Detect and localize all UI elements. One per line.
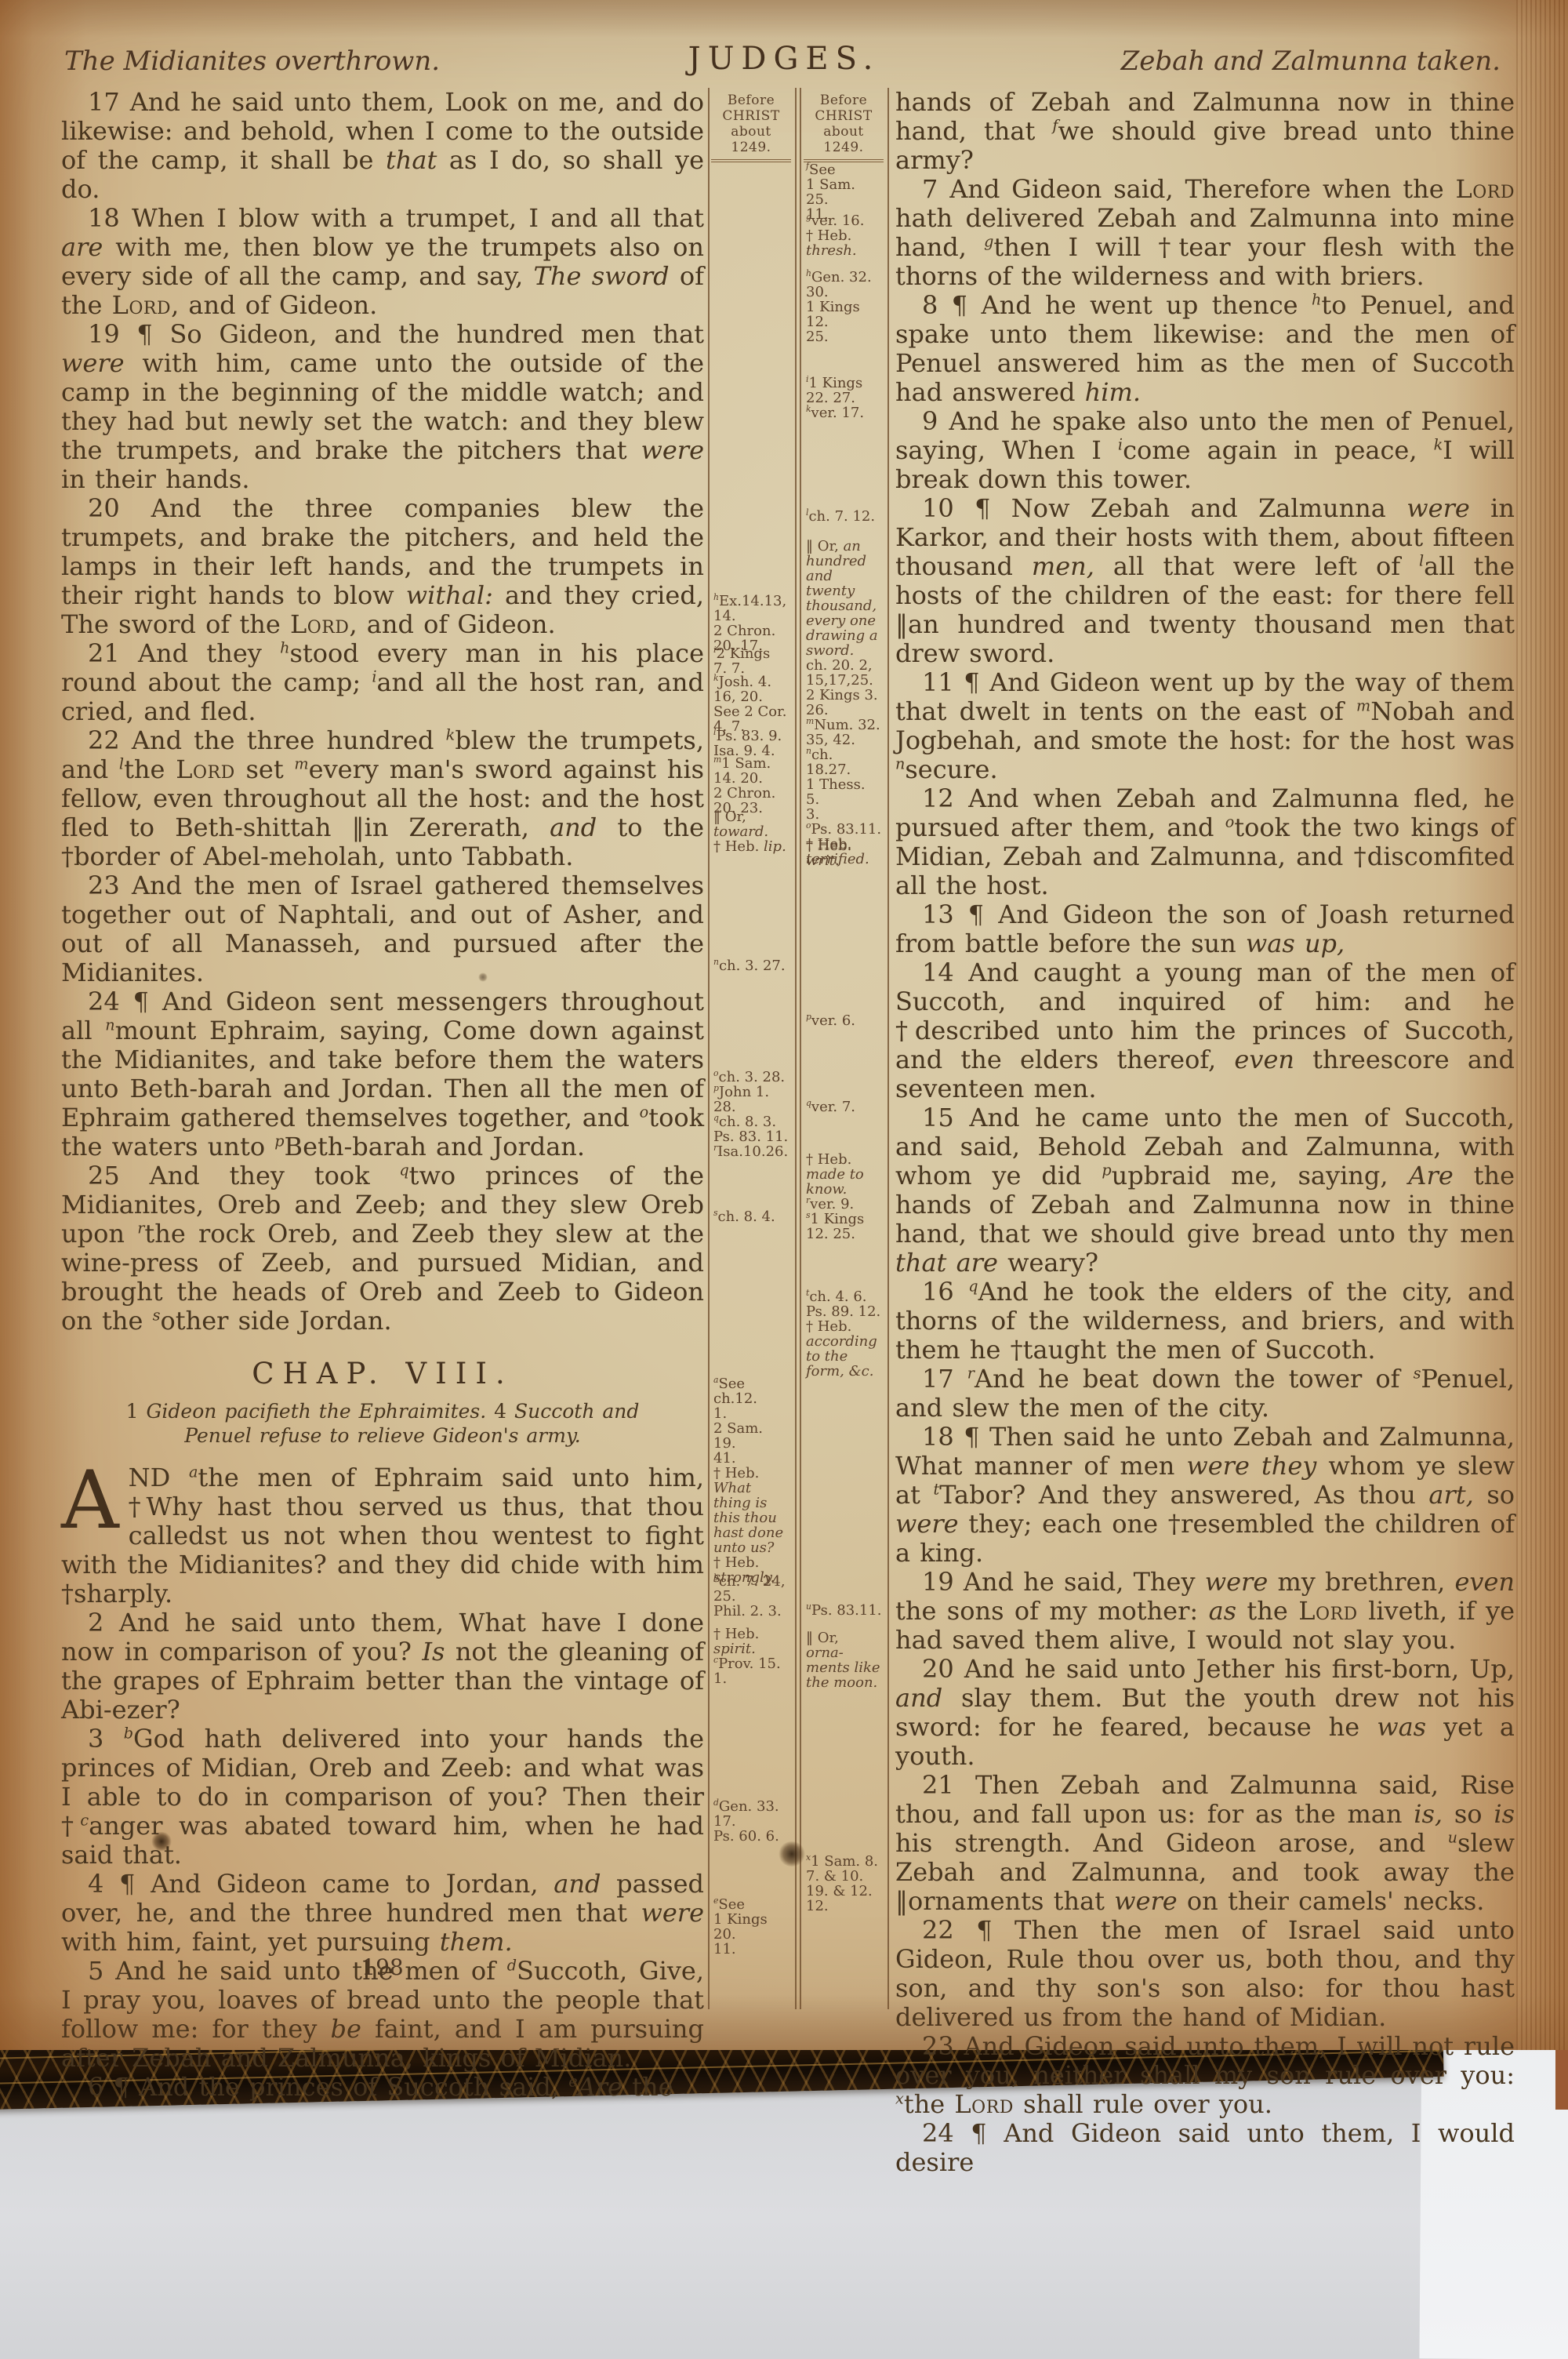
verse-8-20: 20 And he said unto Jether his first-bor… (895, 1655, 1515, 1771)
margin-reference: och. 3. 28.pJohn 1.28.qch. 8. 3.Ps. 83. … (713, 1070, 789, 1159)
verse-7-20: 20 And the three companies blew the trum… (61, 494, 704, 639)
margin-reference: nch. 3. 27. (713, 958, 789, 973)
column-rule-left (708, 88, 710, 2009)
page-fore-edge (1516, 0, 1568, 2050)
verse-7-25: 25 And they took qtwo princes of the Mid… (61, 1161, 704, 1336)
margin-reference: i2 Kings7. 7. (713, 646, 789, 676)
verse-8-7: 7 And Gideon said, Therefore when the Lo… (895, 175, 1515, 291)
verse-8-8: 8 ¶ And he went up thence hto Penuel, an… (895, 291, 1515, 407)
margin-reference: pver. 6. (806, 1013, 882, 1028)
verse-8-6b: hands of Zebah and Zalmunna now in thine… (895, 88, 1515, 175)
ink-stain (151, 1832, 172, 1851)
verse-8-22: 22 ¶ Then the men of Israel said unto Gi… (895, 1916, 1515, 2032)
margin-reference: sch. 8. 4. (713, 1209, 789, 1224)
right-reference-column: BeforeCHRISTabout 1249. fSee1 Sam. 25.11… (804, 88, 884, 2009)
margin-reference: † Heb.writ. (806, 838, 882, 868)
verse-8-21: 21 Then Zebah and Zalmunna said, Rise th… (895, 1771, 1515, 1916)
margin-reference: ‖ Or,toward.† Heb. lip. (713, 809, 789, 854)
scanned-bible-page-photo: The Midianites overthrown. JUDGES. Zebah… (0, 0, 1568, 2359)
page-number: 198 (61, 1954, 704, 1980)
margin-reference: lPs. 83. 9.Isa. 9. 4. (713, 729, 789, 758)
margin-reference: kJosh. 4.16, 20.See 2 Cor.4. 7. (713, 674, 789, 734)
verse-7-24: 24 ¶ And Gideon sent messengers througho… (61, 987, 704, 1161)
left-reference-column: BeforeCHRISTabout 1249. hEx.14.13,14.2 C… (711, 88, 791, 2009)
verse-8-17: 17 rAnd he beat down the tower of sPenue… (895, 1365, 1515, 1423)
verse-8-4: 4 ¶ And Gideon came to Jordan, and passe… (61, 1870, 704, 1957)
verse-8-2: 2 And he said unto them, What have I don… (61, 1608, 704, 1725)
column-rule-center-b (800, 88, 801, 2009)
margin-reference: i1 Kings22. 27.kver. 17. (806, 376, 882, 420)
margin-reference: hGen. 32.30.1 Kings 12.25. (806, 270, 882, 344)
margin-reference: qver. 7. (806, 1100, 882, 1114)
verse-8-9: 9 And he spake also unto the men of Penu… (895, 407, 1515, 494)
margin-reference: lch. 7. 12. (806, 509, 882, 524)
column-rule-right (887, 88, 889, 2009)
verse-8-16: 16 qAnd he took the elders of the city, … (895, 1278, 1515, 1365)
margin-reference: aSee ch.12.1.2 Sam. 19.41.† Heb.Whatthin… (713, 1376, 789, 1585)
chapter-summary: 1 Gideon pacifieth the Ephraimites. 4 Su… (93, 1399, 673, 1448)
verse-8-24: 24 ¶ And Gideon said unto them, I would … (895, 2119, 1515, 2177)
verse-7-17: 17 And he said unto them, Look on me, an… (61, 88, 704, 204)
margin-reference: † Heb.made toknow.rver. 9.s1 Kings12. 25… (806, 1152, 882, 1241)
verse-7-23: 23 And the men of Israel gathered themse… (61, 871, 704, 987)
verse-7-21: 21 And they hstood every man in his plac… (61, 639, 704, 726)
verse-8-10: 10 ¶ Now Zebah and Zalmunna were in Kark… (895, 494, 1515, 668)
margin-reference: † Heb.spirit.cProv. 15.1. (713, 1627, 789, 1686)
margin-reference: m1 Sam.14. 20.2 Chron.20. 23. (713, 756, 789, 816)
margin-reference: tch. 4. 6.Ps. 89. 12.† Heb.accordingto t… (806, 1289, 882, 1379)
verse-8-1: AND athe men of Ephraim said unto him, †… (61, 1463, 704, 1608)
verse-8-23: 23 And Gideon said unto them, I will not… (895, 2032, 1515, 2119)
chapter-heading: CHAP. VIII. (61, 1359, 704, 1388)
verse-8-1-text: ND athe men of Ephraim said unto him, †W… (61, 1463, 704, 1608)
margin-reference: ‖ Or, anhundredandtwentythousand,every o… (806, 539, 882, 867)
verse-7-19: 19 ¶ So Gideon, and the hundred men that… (61, 320, 704, 494)
ink-stain (778, 1841, 806, 1866)
verse-8-15: 15 And he came unto the men of Succoth, … (895, 1103, 1515, 1278)
verse-7-18: 18 When I blow with a trumpet, I and all… (61, 204, 704, 320)
verse-8-6a: 6 ¶ And the princes of Succoth said, eAr… (61, 2073, 704, 2102)
margin-reference: uPs. 83.11. (806, 1603, 882, 1618)
margin-reference: x1 Sam. 8.7. & 10.19. & 12.12. (806, 1854, 882, 1914)
margin-reference: hEx.14.13,14.2 Chron.20. 17. (713, 594, 789, 653)
drop-cap: A (61, 1463, 129, 1534)
running-head: The Midianites overthrown. JUDGES. Zebah… (0, 41, 1568, 85)
bible-page: The Midianites overthrown. JUDGES. Zebah… (0, 0, 1568, 2050)
margin-reference: dGen. 33.17.Ps. 60. 6. (713, 1799, 789, 1844)
verse-8-19: 19 And he said, They were my brethren, e… (895, 1568, 1515, 1655)
verse-8-13: 13 ¶ And Gideon the son of Joash returne… (895, 900, 1515, 958)
ink-stain (478, 972, 488, 982)
before-christ-heading-left: BeforeCHRISTabout 1249. (711, 93, 791, 162)
verse-8-14: 14 And caught a young man of the men of … (895, 958, 1515, 1103)
before-christ-heading-right: BeforeCHRISTabout 1249. (804, 93, 884, 162)
margin-reference: bch. 7. 24,25.Phil. 2. 3. (713, 1574, 789, 1619)
verse-8-11: 11 ¶ And Gideon went up by the way of th… (895, 668, 1515, 784)
column-rule-center-a (795, 88, 797, 2009)
running-head-right: Zebah and Zalmunna taken. (1121, 45, 1501, 77)
verse-8-12: 12 And when Zebah and Zalmunna fled, he … (895, 784, 1515, 900)
margin-reference: eSee1 Kings 20.11. (713, 1897, 789, 1957)
right-text-column: hands of Zebah and Zalmunna now in thine… (895, 88, 1515, 2177)
left-text-column: 17 And he said unto them, Look on me, an… (61, 88, 704, 2102)
verse-8-18: 18 ¶ Then said he unto Zebah and Zalmunn… (895, 1423, 1515, 1568)
verse-7-22: 22 And the three hundred kblew the trump… (61, 726, 704, 871)
margin-reference: gver. 16.† Heb.thresh. (806, 213, 882, 258)
margin-reference: ‖ Or,orna-ments likethe moon. (806, 1630, 882, 1690)
